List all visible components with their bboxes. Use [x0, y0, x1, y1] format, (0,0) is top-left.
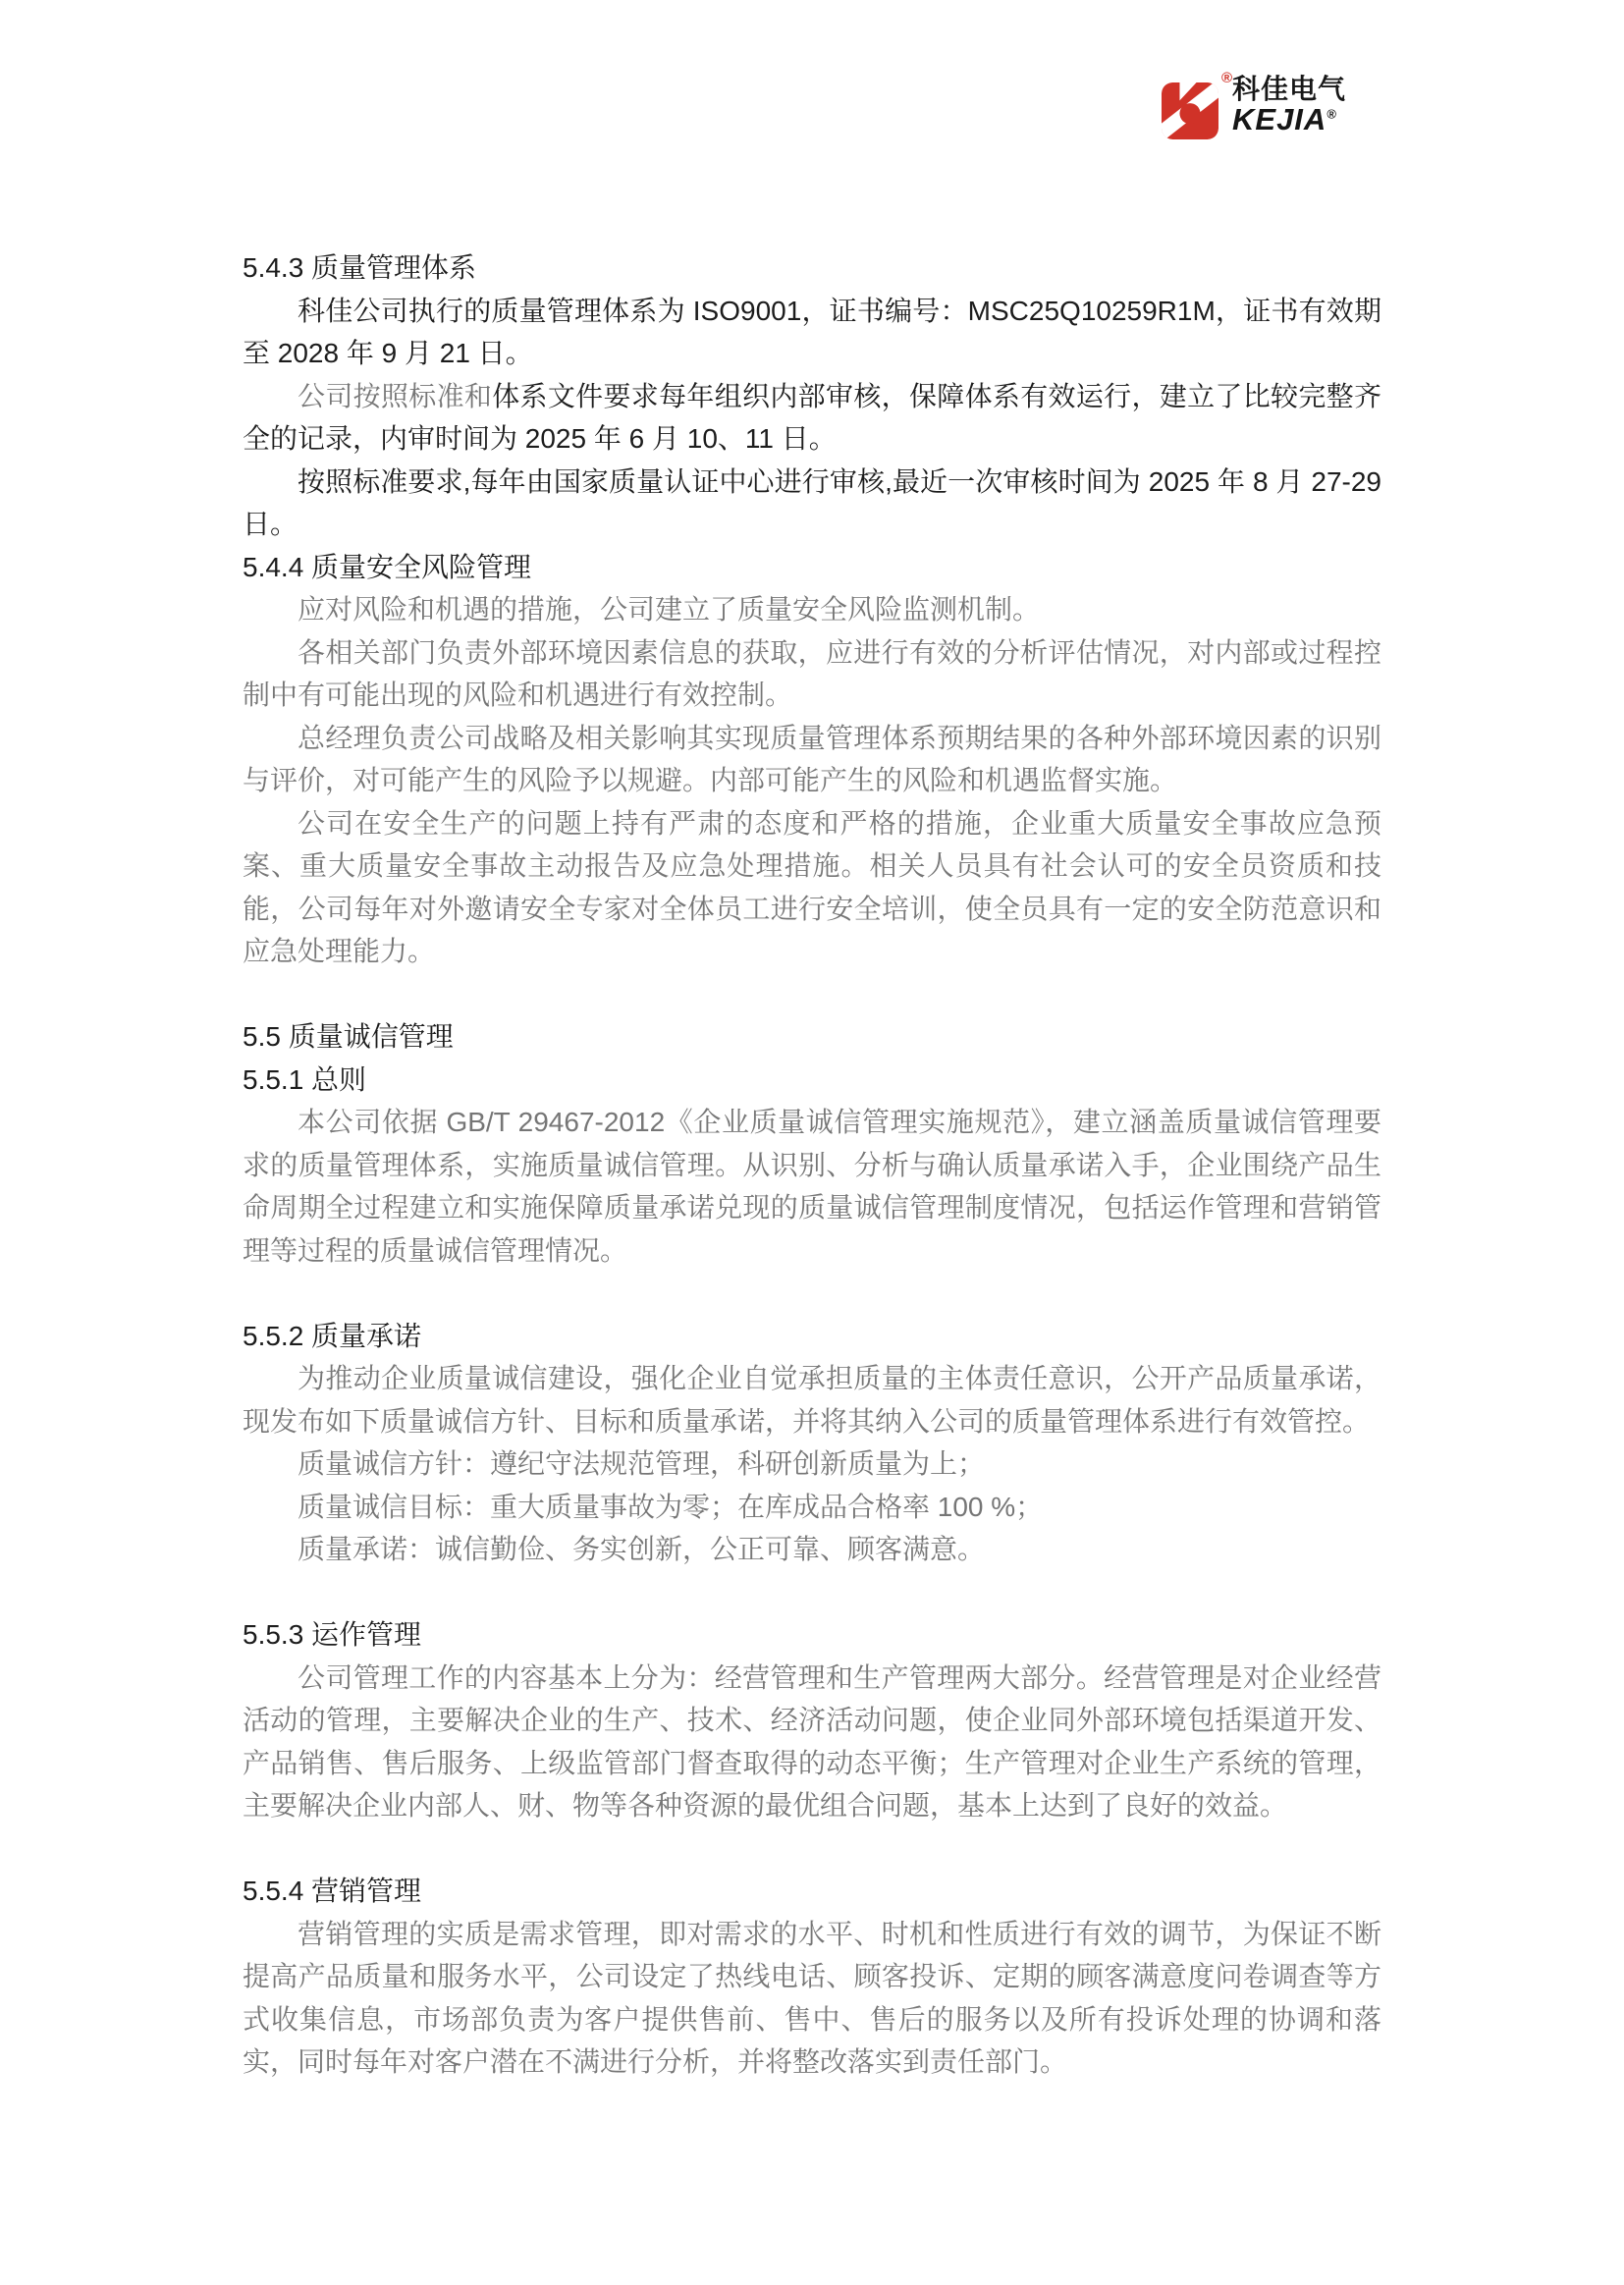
text-run: 5.4.3 质量管理体系: [243, 252, 476, 283]
text-run: 质量诚信目标：重大质量事故为零；在库成品合格率 100 %；: [298, 1492, 1043, 1522]
logo-text: 科佳电气 KEJIA®: [1232, 75, 1346, 136]
body-paragraph: 质量诚信目标：重大质量事故为零；在库成品合格率 100 %；: [243, 1486, 1381, 1529]
blank-line: [243, 973, 1381, 1016]
body-paragraph: 质量承诺：诚信勤俭、务实创新，公正可靠、顾客满意。: [243, 1528, 1381, 1571]
body-paragraph: 公司在安全生产的问题上持有严肃的态度和严格的措施，企业重大质量安全事故应急预案、…: [243, 802, 1381, 973]
registered-trademark-icon: ®: [1221, 71, 1232, 85]
body-paragraph: 各相关部门负责外部环境因素信息的获取，应进行有效的分析评估情况，对内部或过程控制…: [243, 631, 1381, 717]
text-run: 应对风险和机遇的措施，公司建立了质量安全风险监测机制。: [298, 594, 1040, 625]
text-run: 5.5 质量诚信管理: [243, 1021, 454, 1052]
section-heading: 5.5.4 营销管理: [243, 1870, 1381, 1913]
section-heading: 5.5.3 运作管理: [243, 1613, 1381, 1657]
body-paragraph: 质量诚信方针：遵纪守法规范管理，科研创新质量为上；: [243, 1442, 1381, 1486]
company-name-chinese: 科佳电气: [1232, 75, 1346, 104]
section-heading: 5.5.2 质量承诺: [243, 1315, 1381, 1358]
body-paragraph: 按照标准要求,每年由国家质量认证中心进行审核,最近一次审核时间为 2025 年 …: [243, 461, 1381, 546]
company-name-english: KEJIA®: [1232, 104, 1346, 136]
text-run: 质量承诺：诚信勤俭、务实创新，公正可靠、顾客满意。: [298, 1534, 985, 1564]
body-paragraph: 营销管理的实质是需求管理，即对需求的水平、时机和性质进行有效的调节，为保证不断提…: [243, 1913, 1381, 2084]
text-run: 公司按照标准和: [298, 381, 492, 411]
body-paragraph: 科佳公司执行的质量管理体系为 ISO9001，证书编号：MSC25Q10259R…: [243, 290, 1381, 375]
text-run: 各相关部门负责外部环境因素信息的获取，应进行有效的分析评估情况，对内部或过程控制…: [243, 637, 1381, 711]
text-run: 质量诚信方针：遵纪守法规范管理，科研创新质量为上；: [298, 1448, 985, 1479]
text-run: 本公司依据 GB/T 29467-2012《企业质量诚信管理实施规范》，建立涵盖…: [243, 1107, 1381, 1266]
body-paragraph: 公司管理工作的内容基本上分为：经营管理和生产管理两大部分。经营管理是对企业经营活…: [243, 1657, 1381, 1827]
text-run: 为推动企业质量诚信建设，强化企业自觉承担质量的主体责任意识，公开产品质量承诺，现…: [243, 1363, 1381, 1437]
blank-line: [243, 1571, 1381, 1614]
text-run: 5.4.4 质量安全风险管理: [243, 552, 531, 582]
text-run: 5.5.2 质量承诺: [243, 1321, 421, 1351]
company-logo: ® 科佳电气 KEJIA®: [1162, 75, 1346, 143]
text-run: 5.5.4 营销管理: [243, 1876, 421, 1906]
body-paragraph: 总经理负责公司战略及相关影响其实现质量管理体系预期结果的各种外部环境因素的识别与…: [243, 717, 1381, 802]
document-page: ® 科佳电气 KEJIA® 5.4.3 质量管理体系科佳公司执行的质量管理体系为…: [0, 0, 1624, 2285]
blank-line: [243, 1827, 1381, 1871]
company-name-en-text: KEJIA: [1232, 102, 1326, 136]
section-heading: 5.5 质量诚信管理: [243, 1015, 1381, 1059]
section-heading: 5.4.4 质量安全风险管理: [243, 546, 1381, 589]
section-heading: 5.5.1 总则: [243, 1059, 1381, 1102]
body-paragraph: 本公司依据 GB/T 29467-2012《企业质量诚信管理实施规范》，建立涵盖…: [243, 1101, 1381, 1272]
blank-line: [243, 1272, 1381, 1315]
section-heading: 5.4.3 质量管理体系: [243, 246, 1381, 290]
text-run: 5.5.3 运作管理: [243, 1619, 421, 1650]
body-paragraph: 为推动企业质量诚信建设，强化企业自觉承担质量的主体责任意识，公开产品质量承诺，现…: [243, 1357, 1381, 1442]
text-run: 营销管理的实质是需求管理，即对需求的水平、时机和性质进行有效的调节，为保证不断提…: [243, 1919, 1381, 2078]
body-paragraph: 公司按照标准和体系文件要求每年组织内部审核，保障体系有效运行，建立了比较完整齐全…: [243, 375, 1381, 461]
body-paragraph: 应对风险和机遇的措施，公司建立了质量安全风险监测机制。: [243, 588, 1381, 631]
text-run: 按照标准要求,每年由国家质量认证中心进行审核,最近一次审核时间为 2025 年 …: [243, 466, 1381, 540]
registered-trademark-icon: ®: [1326, 107, 1337, 122]
text-run: 5.5.1 总则: [243, 1064, 366, 1095]
text-run: 科佳公司执行的质量管理体系为 ISO9001，证书编号：MSC25Q10259R…: [243, 296, 1381, 369]
text-run: 公司管理工作的内容基本上分为：经营管理和生产管理两大部分。经营管理是对企业经营活…: [243, 1662, 1381, 1822]
text-run: 公司在安全生产的问题上持有严肃的态度和严格的措施，企业重大质量安全事故应急预案、…: [243, 808, 1381, 967]
text-run: 总经理负责公司战略及相关影响其实现质量管理体系预期结果的各种外部环境因素的识别与…: [243, 723, 1381, 796]
document-body: 5.4.3 质量管理体系科佳公司执行的质量管理体系为 ISO9001，证书编号：…: [243, 246, 1381, 2084]
kejia-emblem-icon: ®: [1162, 75, 1218, 143]
